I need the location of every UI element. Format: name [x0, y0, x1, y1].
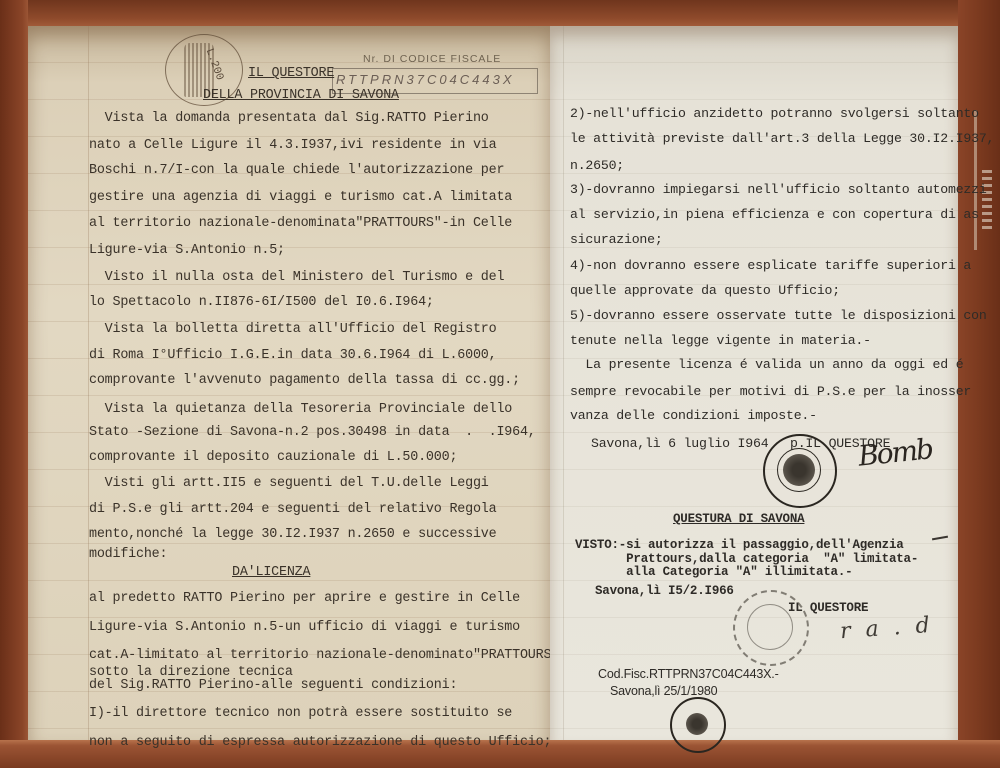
text-line: Visto il nulla osta del Ministero del Tu…	[89, 270, 504, 285]
text-line: Visti gli artt.II5 e seguenti del T.U.de…	[89, 476, 489, 491]
text-line: n.2650;	[570, 158, 624, 173]
header-il-questore: IL QUESTORE	[248, 66, 334, 81]
text-line: VISTO:-si autorizza il passaggio,dell'Ag…	[575, 538, 904, 552]
text-line: al servizio,in piena efficienza e con co…	[570, 207, 979, 222]
text-line: non a seguito di espressa autorizzazione…	[89, 735, 551, 750]
text-line: del Sig.RATTO Pierino-alle seguenti cond…	[89, 678, 457, 693]
text-line: Boschi n.7/I-con la quale chiede l'autor…	[89, 163, 504, 178]
text-line: gestire una agenzia di viaggi e turismo …	[89, 190, 512, 205]
header-provincia: DELLA PROVINCIA DI SAVONA	[203, 88, 399, 103]
text-line: nato a Celle Ligure il 4.3.I937,ivi resi…	[89, 138, 496, 153]
text-line: Vista la bolletta diretta all'Ufficio de…	[89, 322, 496, 337]
text-line: Vista la domanda presentata dal Sig.RATT…	[89, 111, 489, 126]
footer-cod-fisc: Cod.Fisc.RTTPRN37C04C443X.-	[598, 667, 779, 681]
text-line: comprovante il deposito cauzionale di L.…	[89, 450, 457, 465]
questura-seal-1980	[670, 697, 726, 753]
text-line: 5)-dovranno essere osservate tutte le di…	[570, 308, 987, 323]
margin-line	[563, 26, 564, 740]
text-line: alla Categoria "A" illimitata.-	[575, 565, 852, 579]
text-line: I)-il direttore tecnico non potrà essere…	[89, 706, 512, 721]
text-line: Ligure-via S.Antonio n.5-un ufficio di v…	[89, 620, 520, 635]
text-line: mento,nonché la legge 30.I2.I937 n.2650 …	[89, 527, 496, 542]
text-line: Stato -Sezione di Savona-n.2 pos.30498 i…	[89, 425, 536, 440]
visto-heading: QUESTURA DI SAVONA	[673, 512, 804, 526]
text-line: le attività previste dall'art.3 della Le…	[570, 131, 994, 146]
text-line: cat.A-limitato al territorio nazionale-d…	[89, 648, 559, 663]
footer-place-date: Savona,lì 25/1/1980	[610, 684, 717, 698]
signoff-place-date: Savona,lì 6 luglio I964	[591, 436, 768, 451]
text-line: di Roma I°Ufficio I.G.E.in data 30.6.I96…	[89, 348, 496, 363]
text-line: Prattours,dalla categoria "A" limitata-	[575, 552, 918, 566]
questura-seal-1966	[733, 590, 809, 666]
text-line: tenute nella legge vigente in materia.-	[570, 333, 871, 348]
text-line: 2)-nell'ufficio anzidetto potranno svolg…	[570, 106, 979, 121]
text-line: modifiche:	[89, 547, 167, 562]
text-line: lo Spettacolo n.II876-6I/I500 del I0.6.I…	[89, 295, 434, 310]
visto-place-date: Savona,lì I5/2.I966	[595, 584, 734, 598]
frame-top-rail	[0, 0, 1000, 26]
seal-inner-ring	[747, 604, 793, 650]
text-line: 3)-dovranno impiegarsi nell'ufficio solt…	[570, 182, 987, 197]
heading-da-licenza: DA'LICENZA	[232, 565, 310, 580]
text-line: sempre revocabile per motivi di P.S.e pe…	[570, 384, 971, 399]
seal-emblem-icon	[686, 713, 708, 735]
frame-left-rail	[0, 0, 28, 768]
text-line: sicurazione;	[570, 232, 663, 247]
text-line: di P.S.e gli artt.204 e seguenti del rel…	[89, 502, 496, 517]
text-line: quelle approvate da questo Ufficio;	[570, 283, 840, 298]
text-line: La presente licenza é valida un anno da …	[570, 357, 963, 372]
text-line: 4)-non dovranno essere esplicate tariffe…	[570, 258, 971, 273]
codice-fiscale-value: RTTPRN37C04C443X	[336, 72, 515, 87]
frame-scratch	[982, 170, 992, 230]
text-line: Vista la quietanza della Tesoreria Provi…	[89, 402, 512, 417]
text-line: Ligure-via S.Antonio n.5;	[89, 243, 285, 258]
text-line: al predetto RATTO Pierino per aprire e g…	[89, 591, 520, 606]
seal-emblem-icon	[783, 454, 815, 486]
codice-fiscale-label: Nr. DI CODICE FISCALE	[363, 53, 501, 65]
text-line: comprovante l'avvenuto pagamento della t…	[89, 373, 520, 388]
text-line: vanza delle condizioni imposte.-	[570, 408, 817, 423]
text-line: al territorio nazionale-denominata"PRATT…	[89, 216, 512, 231]
questura-seal-1964	[763, 434, 837, 508]
